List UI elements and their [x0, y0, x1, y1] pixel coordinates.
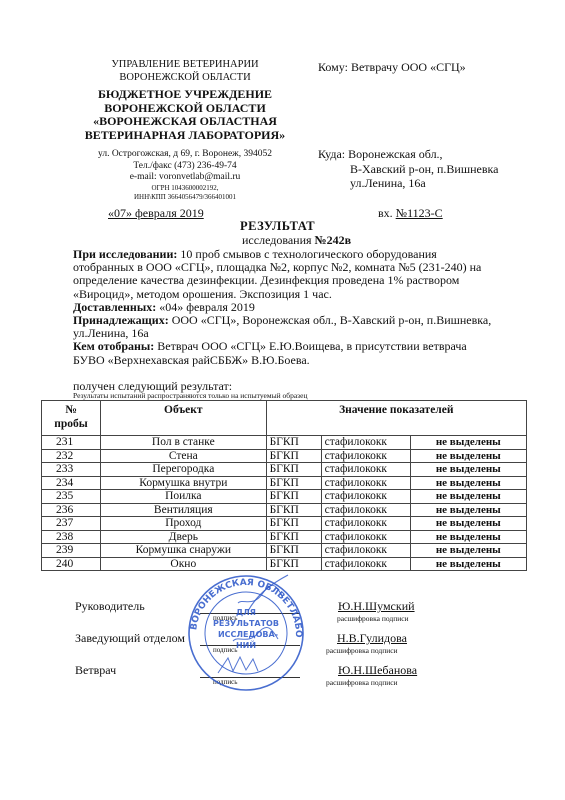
document-subtitle: исследования №242в [242, 233, 351, 248]
org-phone: Тел./факс (473) 236-49-74 [60, 161, 310, 173]
indicator-group: БГКП [266, 476, 321, 490]
indicator-group: БГКП [266, 517, 321, 531]
recipient-address-line-2: В-Хавский р-он, п.Вишневка [318, 162, 498, 177]
table-row: 237ПроходБГКПстафилококкне выделены [42, 517, 527, 531]
indicator-group: БГКП [266, 490, 321, 504]
indicator-organism: стафилококк [321, 517, 410, 531]
indicator-result: не выделены [410, 490, 526, 504]
sample-object: Окно [101, 557, 267, 571]
indicator-organism: стафилококк [321, 476, 410, 490]
belonging-label: Принадлежащих: [73, 313, 169, 327]
indicator-result: не выделены [410, 463, 526, 477]
document-title: РЕЗУЛЬТАТ [240, 219, 315, 234]
stamp-icon: ВОРОНЕЖСКАЯ ОБЛВЕТЛАБОРАТОРИЯ ДЛЯ РЕЗУЛЬ… [178, 573, 313, 693]
sample-number: 237 [42, 517, 101, 531]
signature-name: Н.В.Гулидова [337, 631, 407, 646]
table-row: 238ДверьБГКПстафилококкне выделены [42, 530, 527, 544]
indicator-result: не выделены [410, 517, 526, 531]
header-values: Значение показателей [266, 401, 526, 436]
indicator-result: не выделены [410, 436, 526, 450]
indicator-group: БГКП [266, 544, 321, 558]
sample-number: 239 [42, 544, 101, 558]
indicator-organism: стафилококк [321, 436, 410, 450]
table-row: 235ПоилкаБГКПстафилококкне выделены [42, 490, 527, 504]
indicator-result: не выделены [410, 530, 526, 544]
sample-number: 233 [42, 463, 101, 477]
sample-object: Перегородка [101, 463, 267, 477]
results-note: Результаты испытаний распространяются то… [73, 391, 307, 400]
sample-object: Стена [101, 449, 267, 463]
sample-object: Пол в станке [101, 436, 267, 450]
indicator-result: не выделены [410, 544, 526, 558]
svg-text:ИССЛЕДОВА-: ИССЛЕДОВА- [218, 630, 278, 639]
indicator-organism: стафилококк [321, 490, 410, 504]
indicator-result: не выделены [410, 449, 526, 463]
org-name-line-2: ВОРОНЕЖСКОЙ ОБЛАСТИ [60, 102, 310, 116]
signature-role: Руководитель [75, 599, 145, 614]
research-paragraph: При исследовании: 10 проб смывов с техно… [73, 248, 498, 301]
department-header: УПРАВЛЕНИЕ ВЕТЕРИНАРИИ ВОРОНЕЖСКОЙ ОБЛАС… [60, 58, 310, 84]
organization-name: БЮДЖЕТНОЕ УЧРЕЖДЕНИЕ ВОРОНЕЖСКОЙ ОБЛАСТИ… [60, 88, 310, 142]
org-ogrn: ОГРН 1043600002192, [60, 184, 310, 193]
recipient-address-line-3: ул.Ленина, 16а [318, 176, 498, 191]
org-name-line-3: «ВОРОНЕЖСКАЯ ОБЛАСТНАЯ [60, 115, 310, 129]
indicator-organism: стафилококк [321, 530, 410, 544]
indicator-group: БГКП [266, 530, 321, 544]
table-row: 234Кормушка внутриБГКПстафилококкне выде… [42, 476, 527, 490]
sample-object: Проход [101, 517, 267, 531]
signature-role: Ветврач [75, 663, 116, 678]
subtitle-prefix: исследования [242, 233, 315, 247]
table-body: 231Пол в станкеБГКПстафилококкне выделен… [42, 436, 527, 571]
indicator-group: БГКП [266, 503, 321, 517]
indicator-organism: стафилококк [321, 557, 410, 571]
research-number: №242в [315, 233, 352, 247]
sample-number: 232 [42, 449, 101, 463]
org-name-line-4: ВЕТЕРИНАРНАЯ ЛАБОРАТОРИЯ» [60, 129, 310, 143]
sample-number: 234 [42, 476, 101, 490]
table-row: 233ПерегородкаБГКПстафилококкне выделены [42, 463, 527, 477]
header-num-symbol: № [65, 404, 77, 416]
table-row: 232СтенаБГКПстафилококкне выделены [42, 449, 527, 463]
indicator-result: не выделены [410, 476, 526, 490]
research-label: При исследовании: [73, 247, 177, 261]
sampled-by-label: Кем отобраны: [73, 339, 154, 353]
delivered-text: «04» февраля 2019 [156, 300, 255, 314]
signature-name: Ю.Н.Шебанова [338, 663, 417, 678]
sample-object: Кормушка внутри [101, 476, 267, 490]
official-stamp: ВОРОНЕЖСКАЯ ОБЛВЕТЛАБОРАТОРИЯ ДЛЯ РЕЗУЛЬ… [178, 573, 313, 693]
signature-name: Ю.Н.Шумский [338, 599, 415, 614]
department-line-2: ВОРОНЕЖСКОЙ ОБЛАСТИ [60, 71, 310, 84]
indicator-organism: стафилококк [321, 463, 410, 477]
sample-object: Вентиляция [101, 503, 267, 517]
sample-number: 240 [42, 557, 101, 571]
table-header-row: №пробы Объект Значение показателей [42, 401, 527, 436]
results-table: №пробы Объект Значение показателей 231По… [41, 400, 527, 571]
table-row: 236ВентиляцияБГКПстафилококкне выделены [42, 503, 527, 517]
indicator-organism: стафилококк [321, 503, 410, 517]
indicator-result: не выделены [410, 557, 526, 571]
header-sample-number: №пробы [42, 401, 101, 436]
header-object: Объект [101, 401, 267, 436]
sample-object: Поилка [101, 490, 267, 504]
signature-decode: расшифровка подписи [337, 614, 409, 623]
indicator-group: БГКП [266, 557, 321, 571]
org-name-line-1: БЮДЖЕТНОЕ УЧРЕЖДЕНИЕ [60, 88, 310, 102]
indicator-group: БГКП [266, 449, 321, 463]
svg-text:ДЛЯ: ДЛЯ [236, 608, 256, 617]
table-row: 231Пол в станкеБГКПстафилококкне выделен… [42, 436, 527, 450]
header-num-label: пробы [54, 418, 88, 430]
table-row: 240ОкноБГКПстафилококкне выделены [42, 557, 527, 571]
organization-contacts: ул. Острогожская, д 69, г. Воронеж, 3940… [60, 149, 310, 202]
table-row: 239Кормушка снаружиБГКПстафилококкне выд… [42, 544, 527, 558]
department-line-1: УПРАВЛЕНИЕ ВЕТЕРИНАРИИ [60, 58, 310, 71]
signature-role: Заведующий отделом [75, 631, 185, 646]
sample-object: Дверь [101, 530, 267, 544]
delivered-label: Доставленных: [73, 300, 156, 314]
recipient-address: Куда: Воронежская обл., В-Хавский р-он, … [318, 147, 498, 191]
sample-object: Кормушка снаружи [101, 544, 267, 558]
document-date: «07» февраля 2019 [108, 206, 204, 221]
sample-number: 238 [42, 530, 101, 544]
svg-text:РЕЗУЛЬТАТОВ: РЕЗУЛЬТАТОВ [213, 619, 279, 628]
research-details: При исследовании: 10 проб смывов с техно… [73, 248, 498, 367]
recipient-address-line-1: Куда: Воронежская обл., [318, 147, 498, 162]
sample-number: 236 [42, 503, 101, 517]
signature-decode: расшифровка подписи [326, 678, 398, 687]
org-inn-kpp: ИНН\КПП 3664056479/366401001 [60, 193, 310, 202]
signature-decode: расшифровка подписи [326, 646, 398, 655]
sample-number: 235 [42, 490, 101, 504]
incoming-number-value: №1123-С [396, 206, 443, 220]
sampled-by-paragraph: Кем отобраны: Ветврач ООО «СГЦ» Е.Ю.Воищ… [73, 340, 498, 366]
recipient-to: Кому: Ветврачу ООО «СГЦ» [318, 60, 466, 75]
org-address: ул. Острогожская, д 69, г. Воронеж, 3940… [60, 149, 310, 161]
belonging-paragraph: Принадлежащих: ООО «СГЦ», Воронежская об… [73, 314, 498, 340]
org-email: e-mail: voronvetlab@mail.ru [60, 172, 310, 184]
indicator-group: БГКП [266, 463, 321, 477]
incoming-number: вх. №1123-С [378, 206, 443, 221]
sample-number: 231 [42, 436, 101, 450]
indicator-organism: стафилококк [321, 544, 410, 558]
incoming-prefix: вх. [378, 206, 396, 220]
indicator-organism: стафилококк [321, 449, 410, 463]
indicator-result: не выделены [410, 503, 526, 517]
indicator-group: БГКП [266, 436, 321, 450]
svg-text:НИЙ: НИЙ [236, 639, 256, 650]
